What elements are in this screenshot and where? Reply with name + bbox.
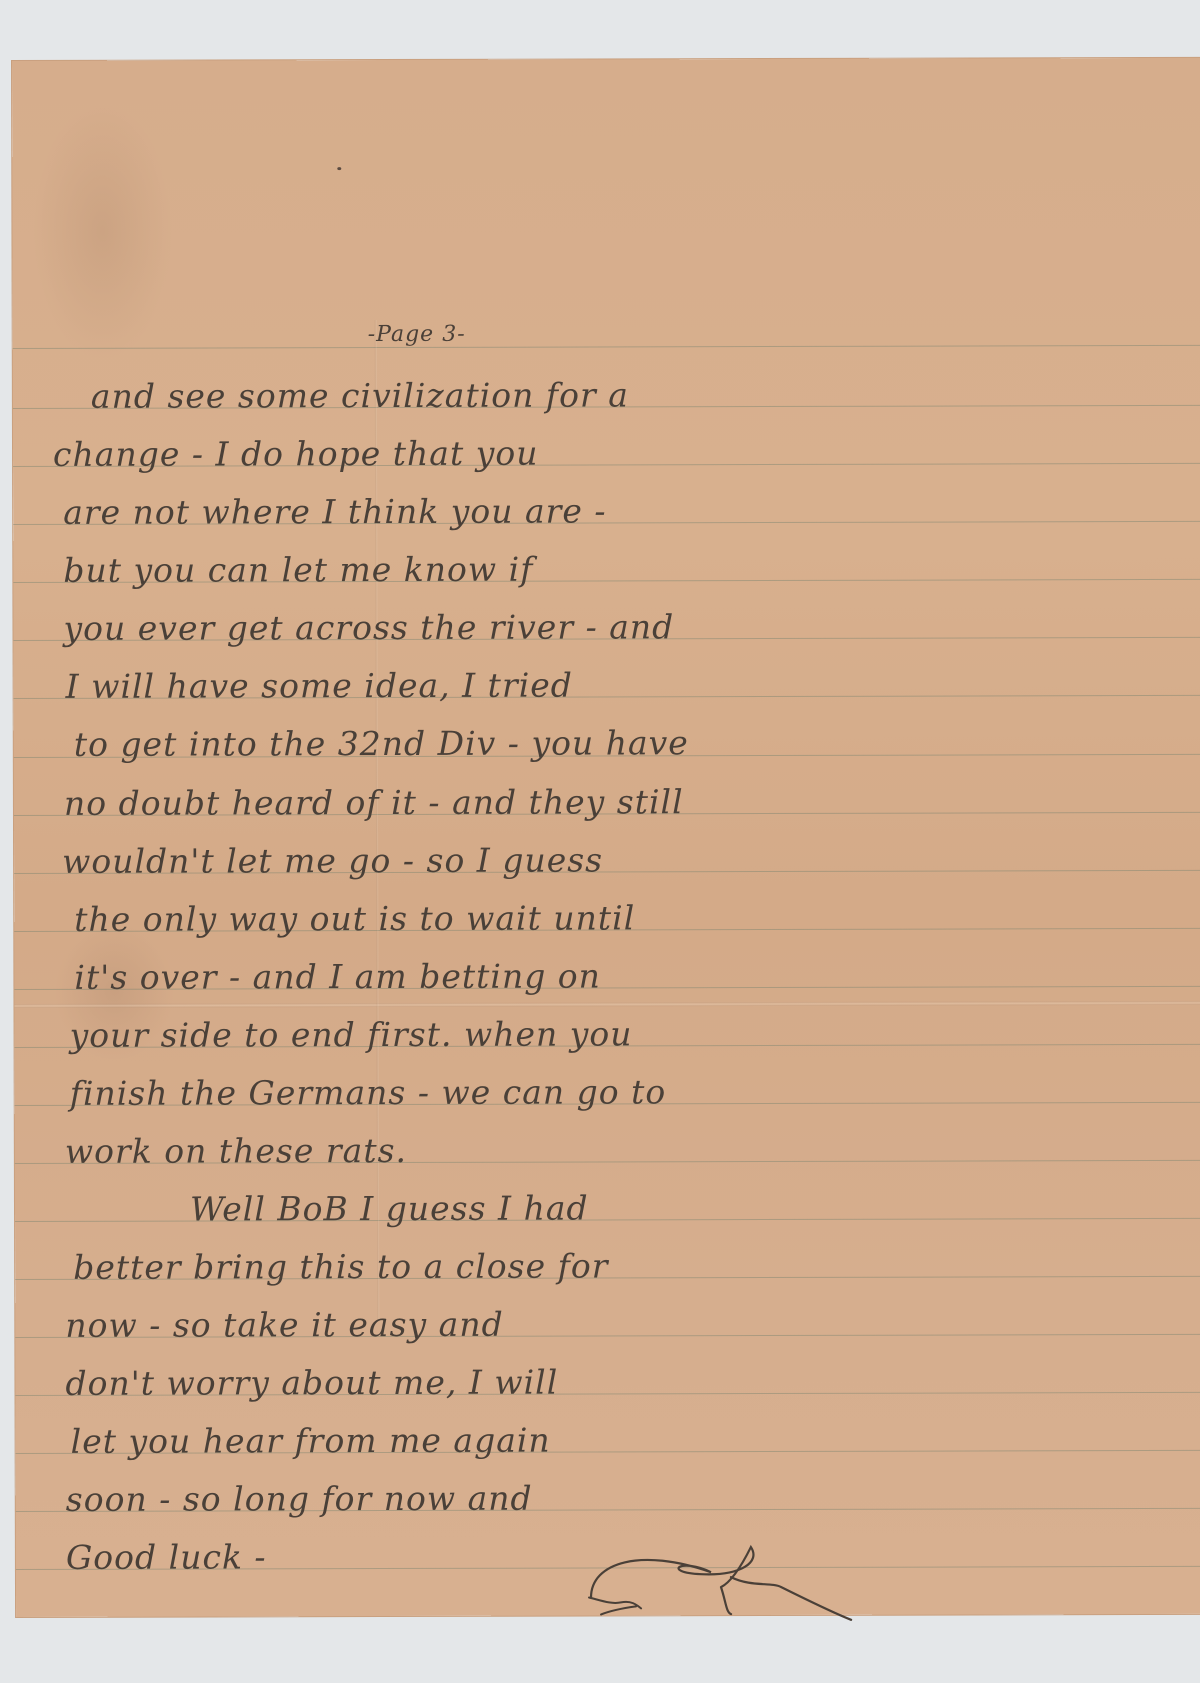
horizontal-fold-crease <box>14 1001 1200 1008</box>
signature-text: Love <box>730 1589 734 1591</box>
letter-line-14: work on these rats. <box>65 1134 407 1168</box>
letter-line-4: but you can let me know if <box>63 553 533 587</box>
letter-line-16: better bring this to a close for <box>73 1249 608 1283</box>
letter-line-13: finish the Germans - we can go to <box>70 1075 667 1110</box>
letter-line-1: and see some civilization for a <box>91 378 629 412</box>
letter-line-17: now - so take it easy and <box>65 1308 503 1342</box>
letter-line-5: you ever get across the river - and <box>63 610 674 645</box>
letter-line-12: your side to end first. when you <box>70 1017 633 1051</box>
letter-line-18: don't worry about me, I will <box>65 1366 558 1400</box>
letter-line-9: wouldn't let me go - so I guess <box>62 843 603 877</box>
letter-line-8: no doubt heard of it - and they still <box>64 785 684 820</box>
letter-line-3: are not where I think you are - <box>63 494 606 528</box>
paper-stain <box>32 101 173 361</box>
letter-line-7: to get into the 32nd Div - you have <box>74 726 689 761</box>
letter-line-11: it's over - and I am betting on <box>74 959 601 993</box>
letter-line-20: soon - so long for now and <box>66 1482 533 1516</box>
signature: Love <box>581 1542 881 1623</box>
letter-line-2: change - I do hope that you <box>53 437 539 471</box>
letter-line-15: Well BoB I guess I had <box>190 1191 589 1225</box>
letter-paper: -Page 3- and see some civilization for a… <box>12 58 1200 1617</box>
letter-line-19: let you hear from me again <box>71 1424 551 1458</box>
ink-speck <box>337 167 341 170</box>
signature-scrawl-icon: Love <box>581 1542 881 1623</box>
letter-line-6: I will have some idea, I tried <box>66 669 573 703</box>
page-number-marker: -Page 3- <box>368 324 466 346</box>
letter-line-10: the only way out is to wait until <box>74 901 635 935</box>
letter-line-21: Good luck - <box>66 1540 267 1574</box>
rule-line <box>13 345 1200 349</box>
